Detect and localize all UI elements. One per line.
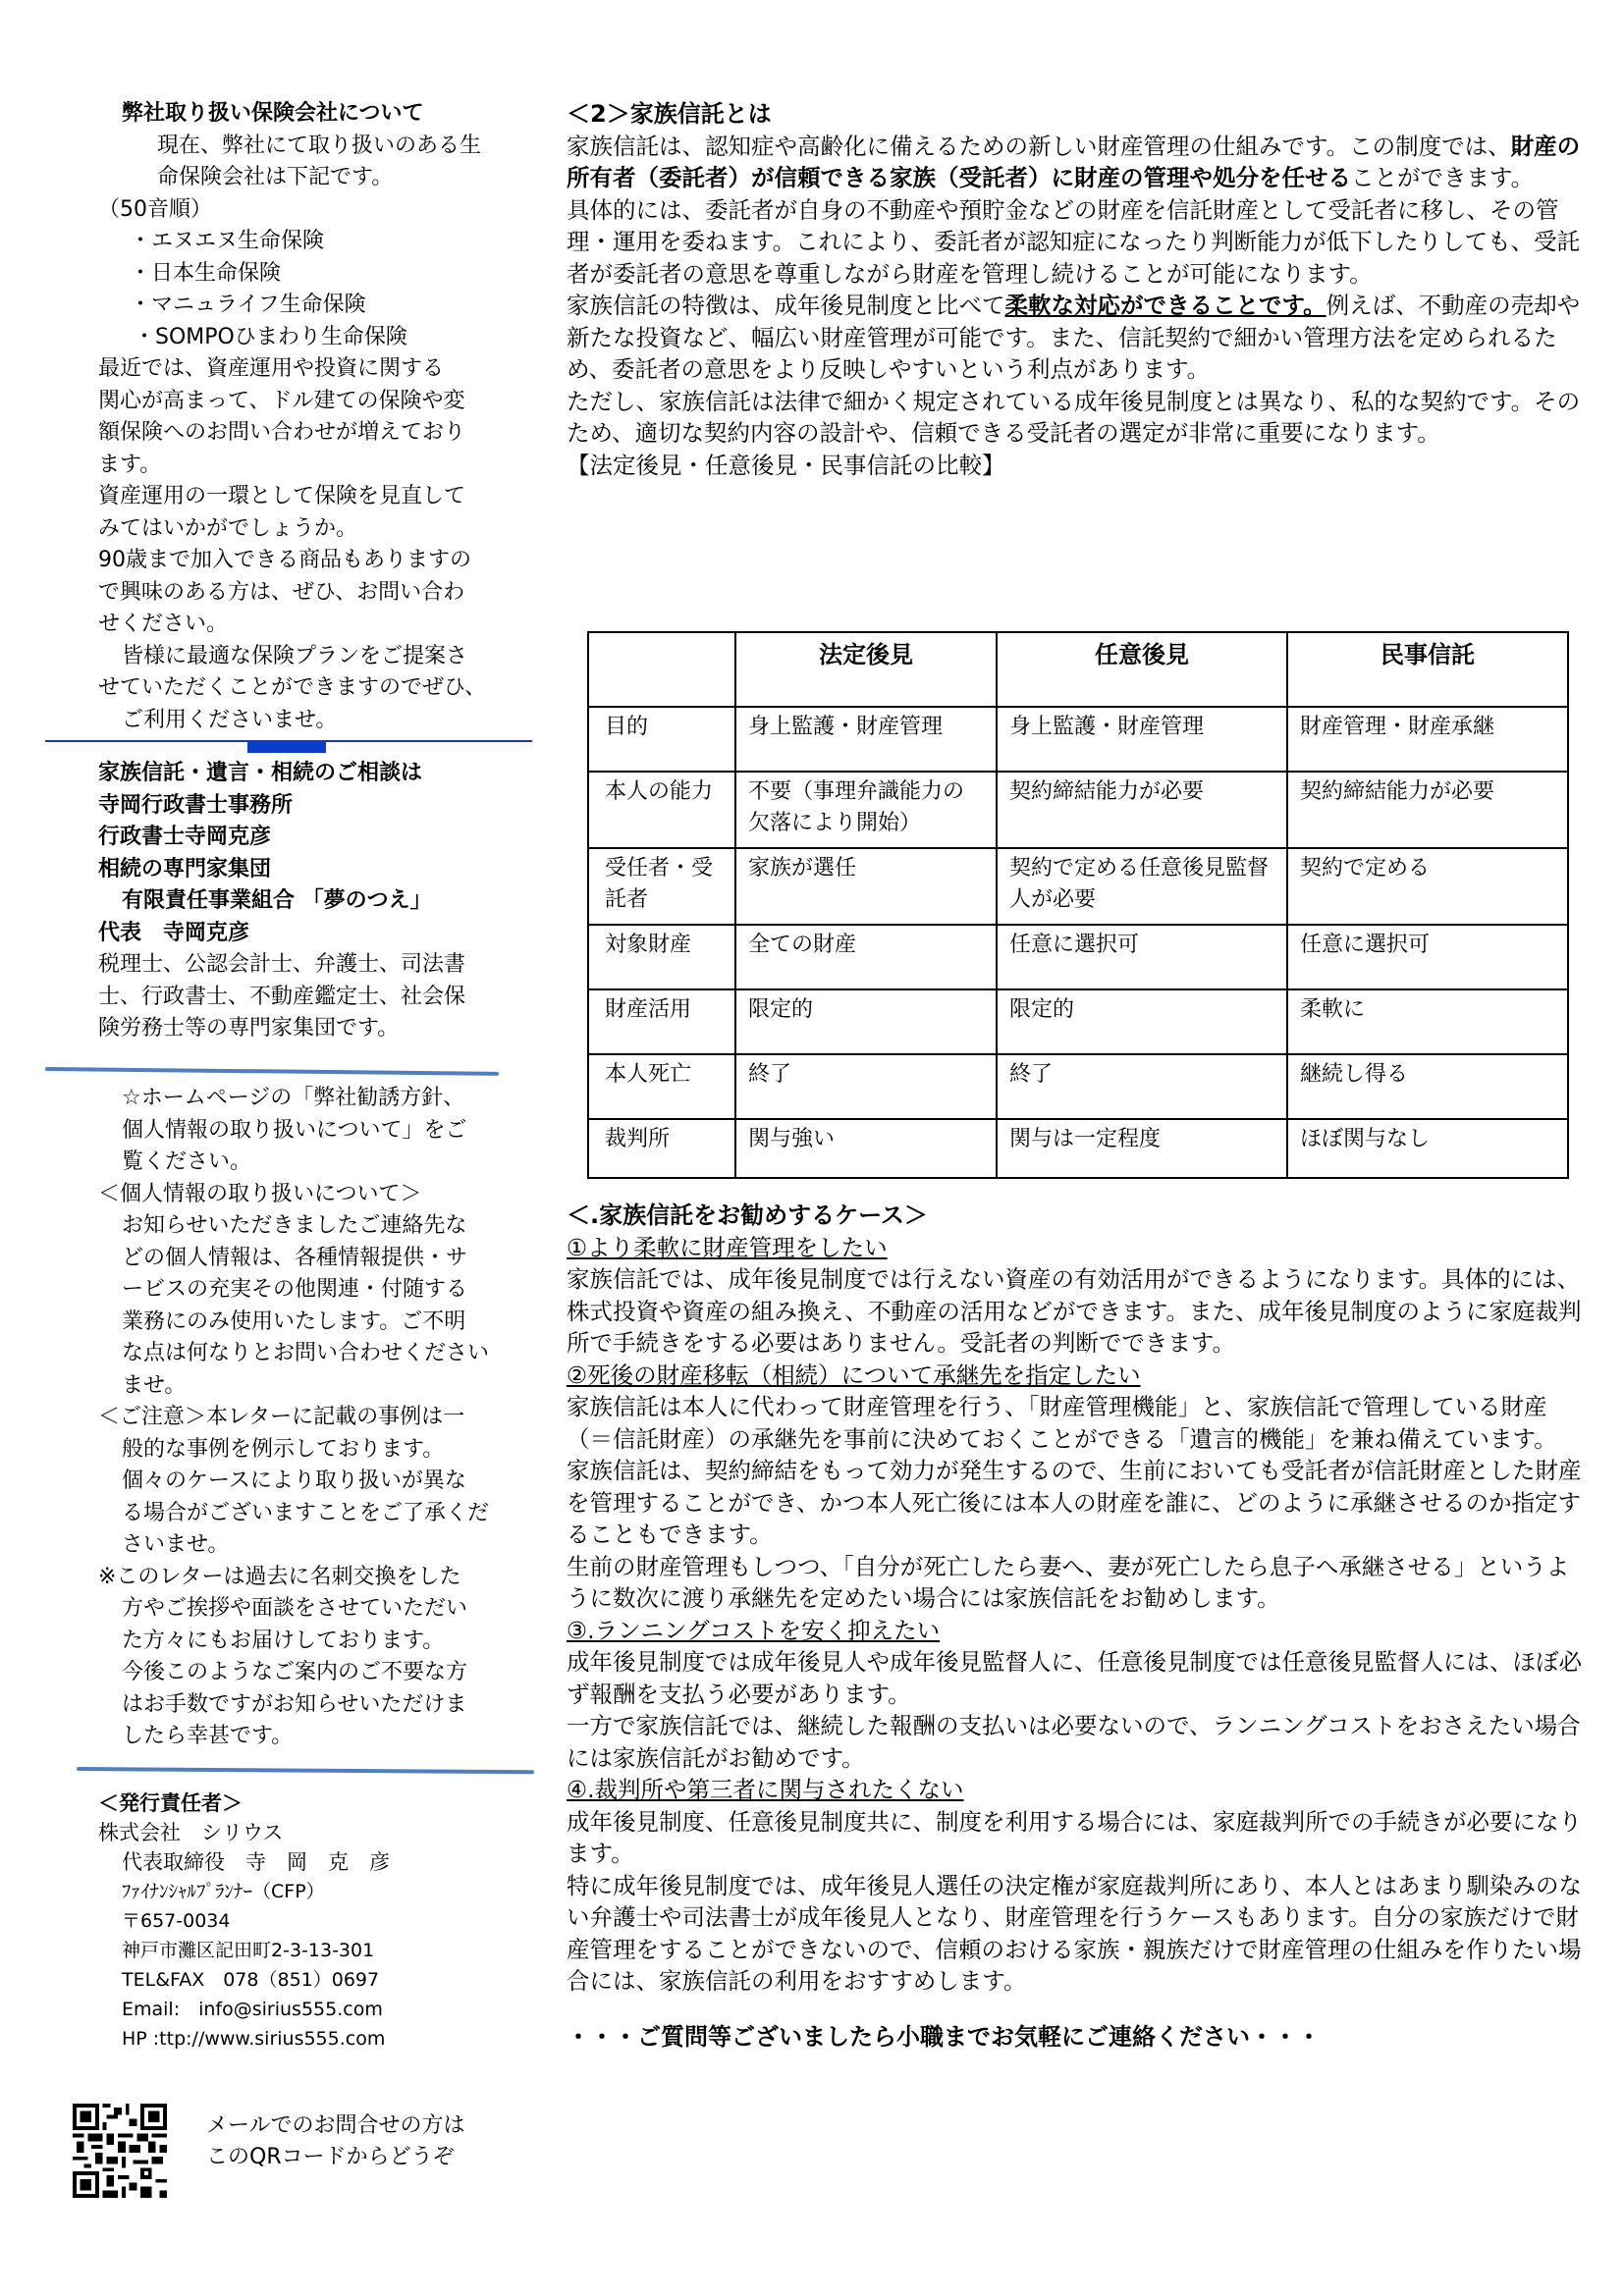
caution-line: 個々のケースにより取り扱いが異な [98,1466,540,1498]
table-header: 法定後見 [735,632,997,707]
privacy-heading: ＜個人情報の取り扱いについて＞ [98,1179,540,1211]
case-body: 特に成年後見制度では、成年後見人選任の決定権が家庭裁判所にあり、本人とはあまり馴… [567,1870,1588,1998]
company-item: ・マニュライフ生命保険 [98,290,540,322]
privacy-body: ませ。 [98,1370,540,1403]
note-line: 今後このようなご案内のご不要な方 [98,1657,540,1689]
table-cell: 任意に選択可 [1287,925,1568,989]
homepage-note: 覧ください。 [98,1147,540,1179]
consult-line: 代表 寺岡克彦 [98,918,540,950]
table-cell: 任意に選択可 [997,925,1287,989]
qr-code-icon[interactable] [73,2104,167,2198]
privacy-body: お知らせいただきましたご連絡先な [98,1210,540,1243]
consult-line: 相続の専門家集団 [98,854,540,886]
order-note: （50音順） [98,194,540,227]
note-line: た方々にもお届けしております。 [98,1626,540,1658]
consult-line: 寺岡行政書士事務所 [98,790,540,823]
divider-accent-block [247,741,326,753]
emphasis-text: 柔軟な対応ができることです。 [1005,292,1326,319]
table-cell: 契約で定める [1287,848,1568,925]
wavy-divider [77,1767,534,1774]
table-cell: ほぼ関与なし [1287,1119,1568,1178]
caution-line: 般的な事例を例示しております。 [98,1434,540,1467]
privacy-body: 業務にのみ使用いたします。ご不明 [98,1307,540,1339]
qr-text-line: このQRコードからどうぞ [206,2142,465,2173]
table-cell: 継続し得る [1287,1054,1568,1119]
insurance-body: 最近では、資産運用や投資に関する [98,353,540,386]
insurance-intro-1: 現在、弊社にて取り扱いのある生 [98,131,540,163]
insurance-body: せください。 [98,609,540,641]
publisher-address: 神戸市灘区記田町2-3-13-301 [98,1936,540,1965]
case-body: 成年後見制度では成年後見人や成年後見監督人に、任意後見制度では任意後見監督人には… [567,1646,1588,1710]
publisher-postal: 〒657-0034 [98,1906,540,1936]
family-trust-section: ＜2＞家族信託とは 家族信託は、認知症や高齢化に備えるための新しい財産管理の仕組… [567,98,1588,481]
table-cell: 柔軟に [1287,989,1568,1054]
homepage-note: ☆ホームページの「弊社勧誘方針、 [98,1083,540,1115]
case-body: 家族信託では、成年後見制度では行えない資産の有効活用ができるようになります。具体… [567,1263,1588,1360]
insurance-closing: 皆様に最適な保険プランをご提案さ [98,641,540,673]
note-line: したら幸甚です。 [98,1721,540,1753]
insurance-intro-2: 命保険会社は下記です。 [98,162,540,194]
table-cell: 全ての財産 [735,925,997,989]
insurance-title: 弊社取り扱い保険会社について [98,98,540,131]
insurance-body: 90歳まで加入できる商品もありますの [98,545,540,577]
text: ことができます。 [1351,164,1534,191]
text: 家族信託は、認知症や高齢化に備えるための新しい財産管理の仕組みです。この制度では… [567,133,1511,160]
publisher-company: 株式会社 シリウス [98,1818,540,1847]
table-cell: 関与は一定程度 [997,1119,1287,1178]
table-cell: 財産管理・財産承継 [1287,707,1568,772]
publisher-email[interactable]: Email: info@sirius555.com [98,1995,540,2024]
case-body: 生前の財産管理もしつつ、「自分が死亡したら妻へ、妻が死亡したら息子へ承継させる」… [567,1551,1588,1615]
table-cell: 契約締結能力が必要 [1287,772,1568,848]
row-label: 対象財産 [588,925,735,989]
insurance-closing: せていただくことができますのでぜひ、 [98,672,540,705]
note-line: 方やご挨拶や面談をさせていただい [98,1593,540,1626]
publisher-rep: 代表取締役 寺 岡 克 彦 [98,1847,540,1877]
table-header-row: 法定後見 任意後見 民事信託 [588,632,1568,707]
row-label: 裁判所 [588,1119,735,1178]
caution-line: さいませ。 [98,1529,540,1562]
insurance-body: 関心が高まって、ドル建ての保険や変 [98,386,540,418]
recommended-cases-section: ＜.家族信託をお勧めするケース＞ ①より柔軟に財産管理をしたい 家族信託では、成… [567,1200,1588,2053]
case-body: 一方で家族信託では、継続した報酬の支払いは必要ないので、ランニングコストをおさえ… [567,1710,1588,1774]
consult-line: 行政書士寺岡克彦 [98,822,540,854]
row-label: 本人死亡 [588,1054,735,1119]
section-title: ＜.家族信託をお勧めするケース＞ [567,1200,1588,1232]
privacy-body: ービスの充実その他関連・付随する [98,1274,540,1307]
table-cell: 身上監護・財産管理 [735,707,997,772]
qr-text-line: メールでのお問合せの方は [206,2110,465,2142]
consult-line: 有限責任事業組合 「夢のつえ」 [98,885,540,918]
table-cell: 関与強い [735,1119,997,1178]
row-label: 財産活用 [588,989,735,1054]
company-item: ・エヌエヌ生命保険 [98,226,540,258]
insurance-body: 額保険へのお問い合わせが増えており [98,417,540,450]
paragraph: ただし、家族信託は法律で細かく規定されている成年後見制度とは異なり、私的な契約で… [567,386,1588,450]
qr-instruction: メールでのお問合せの方は このQRコードからどうぞ [206,2110,465,2173]
table-caption: 【法定後見・任意後見・民事信託の比較】 [567,450,1588,482]
table-header: 民事信託 [1287,632,1568,707]
table-cell: 家族が選任 [735,848,997,925]
table-row: 本人死亡 終了 終了 継続し得る [588,1054,1568,1119]
consult-body: 士、行政書士、不動産鑑定士、社会保 [98,982,540,1014]
publisher-heading: ＜発行責任者＞ [98,1789,540,1818]
comparison-table: 法定後見 任意後見 民事信託 目的 身上監護・財産管理 身上監護・財産管理 財産… [587,631,1569,1179]
table-row: 目的 身上監護・財産管理 身上監護・財産管理 財産管理・財産承継 [588,707,1568,772]
publisher-block: ＜発行責任者＞ 株式会社 シリウス 代表取締役 寺 岡 克 彦 ﾌｧｲﾅﾝｼｬﾙ… [98,1789,540,2054]
table-cell: 不要（事理弁識能力の欠落により開始） [735,772,997,848]
case-title: ④.裁判所や第三者に関与されたくない [567,1774,1588,1806]
insurance-closing: ご利用くださいませ。 [98,705,540,737]
insurance-body: 資産運用の一環として保険を見直して [98,481,540,513]
note-line: ※このレターは過去に名刺交換をした [98,1562,540,1594]
text: 家族信託の特徴は、成年後見制度と比べて [567,292,1005,319]
consult-line: 家族信託・遺言・相続のご相談は [98,758,540,790]
consult-body: 税理士、公認会計士、弁護士、司法書 [98,949,540,982]
insurance-body: みてはいかがでしょうか。 [98,513,540,546]
table-row: 対象財産 全ての財産 任意に選択可 任意に選択可 [588,925,1568,989]
table-cell: 終了 [997,1054,1287,1119]
company-item: ・SOMPOひまわり生命保険 [98,322,540,354]
table-cell: 契約締結能力が必要 [997,772,1287,848]
left-column: 弊社取り扱い保険会社について 現在、弊社にて取り扱いのある生 命保険会社は下記で… [98,98,540,736]
caution-line: る場合がございますことをご了承くだ [98,1498,540,1530]
case-title: ③.ランニングコストを安く抑えたい [567,1615,1588,1647]
table-row: 受任者・受託者 家族が選任 契約で定める任意後見監督人が必要 契約で定める [588,848,1568,925]
publisher-tel: TEL&FAX 078（851）0697 [98,1965,540,1995]
table-cell: 限定的 [997,989,1287,1054]
table-cell: 身上監護・財産管理 [997,707,1287,772]
section-title: ＜2＞家族信託とは [567,98,1588,131]
publisher-title: ﾌｧｲﾅﾝｼｬﾙﾌﾟﾗﾝﾅｰ（CFP） [98,1877,540,1906]
wavy-divider [45,1067,499,1076]
consult-body: 険労務士等の専門家集団です。 [98,1013,540,1045]
table-header [588,632,735,707]
company-item: ・日本生命保険 [98,258,540,291]
case-body: 成年後見制度、任意後見制度共に、制度を利用する場合には、家庭裁判所での手続きが必… [567,1806,1588,1870]
table-cell: 契約で定める任意後見監督人が必要 [997,848,1287,925]
privacy-body: な点は何なりとお問い合わせください [98,1338,540,1370]
case-body: 家族信託は、契約締結をもって効力が発生するので、生前においても受託者が信託財産と… [567,1455,1588,1551]
note-line: はお手数ですがお知らせいただけま [98,1689,540,1722]
paragraph: 家族信託の特徴は、成年後見制度と比べて柔軟な対応ができることです。例えば、不動産… [567,290,1588,386]
table-cell: 限定的 [735,989,997,1054]
consult-block: 家族信託・遺言・相続のご相談は 寺岡行政書士事務所 行政書士寺岡克彦 相続の専門… [98,758,540,1045]
publisher-homepage[interactable]: HP :ttp://www.sirius555.com [98,2024,540,2054]
caution-line: ＜ご注意＞本レターに記載の事例は一 [98,1402,540,1434]
paragraph: 家族信託は、認知症や高齢化に備えるための新しい財産管理の仕組みです。この制度では… [567,131,1588,194]
insurance-body: ます。 [98,450,540,482]
privacy-block: ☆ホームページの「弊社勧誘方針、 個人情報の取り扱いについて」をご 覧ください。… [98,1083,540,1753]
case-body: 家族信託は本人に代わって財産管理を行う、「財産管理機能」と、家族信託で管理してい… [567,1391,1588,1455]
row-label: 目的 [588,707,735,772]
table-row: 財産活用 限定的 限定的 柔軟に [588,989,1568,1054]
row-label: 本人の能力 [588,772,735,848]
row-label: 受任者・受託者 [588,848,735,925]
privacy-body: どの個人情報は、各種情報提供・サ [98,1243,540,1275]
case-title: ②死後の財産移転（相続）について承継先を指定したい [567,1360,1588,1392]
homepage-note: 個人情報の取り扱いについて」をご [98,1115,540,1148]
closing-message: ・・・ご質問等ございましたら小職までお気軽にご連絡ください・・・ [567,2021,1588,2054]
table-header: 任意後見 [997,632,1287,707]
table-cell: 終了 [735,1054,997,1119]
table-row: 裁判所 関与強い 関与は一定程度 ほぼ関与なし [588,1119,1568,1178]
paragraph: 具体的には、委託者が自身の不動産や預貯金などの財産を信託財産として受託者に移し、… [567,194,1588,291]
insurance-body: で興味のある方は、ぜひ、お問い合わ [98,577,540,610]
case-title: ①より柔軟に財産管理をしたい [567,1232,1588,1264]
table-row: 本人の能力 不要（事理弁識能力の欠落により開始） 契約締結能力が必要 契約締結能… [588,772,1568,848]
